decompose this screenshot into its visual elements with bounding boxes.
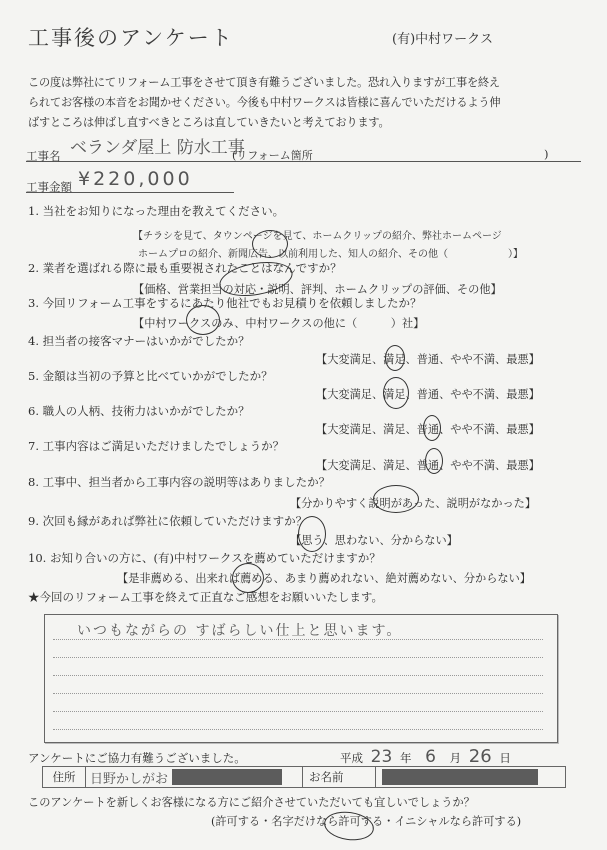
question-4-text: 担当者の接客マナーはいかがでしたか？ <box>43 334 250 348</box>
question-1-text: 当社をお知りになった理由を教えてください。 <box>43 204 285 218</box>
date-year-unit: 年 <box>400 751 412 765</box>
comment-line-1 <box>53 639 543 640</box>
date-day-unit: 日 <box>499 751 511 765</box>
question-4: 4. 担当者の接客マナーはいかがでしたか？ <box>28 333 250 349</box>
question-7-number: 7. <box>28 439 39 453</box>
comment-line-4 <box>53 693 543 694</box>
question-3: 3. 今回リフォーム工事をするにあたり他社でもお見積りを依頼しましたか？ <box>28 295 422 311</box>
question-10-options: 【是非薦める、出来れば薦める、あまり薦めれない、絶対薦めない、分からない】 <box>117 570 531 586</box>
comment-line-2 <box>53 657 543 658</box>
question-7: 7. 工事内容はご満足いただけましたでしょうか？ <box>28 438 284 454</box>
work-name-hint: (リフォーム箇所 <box>232 147 313 163</box>
question-9-answer-mark[interactable] <box>298 516 326 552</box>
question-10-text: お知り合いの方に、(有)中村ワークスを薦めていただけますか？ <box>50 551 381 565</box>
question-8: 8. 工事中、担当者から工事内容の説明等はありましたか？ <box>28 474 330 490</box>
question-8-number: 8. <box>28 475 39 489</box>
work-amount-label: 工事金額 <box>26 179 72 195</box>
question-7-text: 工事内容はご満足いただけましたでしょうか？ <box>43 439 285 453</box>
question-9: 9. 次回も縁があれば弊社に依頼していただけますか？ <box>28 513 307 529</box>
name-redaction <box>382 769 538 785</box>
question-3-answer-mark[interactable] <box>186 305 220 335</box>
comment-handwritten: いつもながらの すばらしい仕上と思います。 <box>77 620 402 640</box>
question-7-answer-mark[interactable] <box>425 448 443 474</box>
work-name-label: 工事名 <box>26 148 61 164</box>
question-5-options: 【大変満足、満足、普通、やや不満、最悪】 <box>316 386 540 402</box>
address-label: 住所 <box>43 767 86 787</box>
form-title: 工事後のアンケート <box>28 22 234 52</box>
date-month[interactable]: 6 <box>425 747 436 767</box>
question-2-text: 業者を選ばれる際に最も重要視されたことはなんですか？ <box>43 261 342 275</box>
question-2: 2. 業者を選ばれる際に最も重要視されたことはなんですか？ <box>28 260 342 276</box>
question-1-options-line-2: ホームプロの紹介、新聞広告、以前利用した、知人の紹介、その他（ ）】 <box>138 245 523 260</box>
date-era: 平成 <box>340 751 363 765</box>
name-field[interactable] <box>376 767 565 787</box>
question-4-options: 【大変満足、満足、普通、やや不満、最悪】 <box>316 351 540 367</box>
name-label: お名前 <box>303 767 376 787</box>
question-8-answer-mark[interactable] <box>373 485 419 513</box>
intro-line-1: この度は弊社にてリフォーム工事をさせて頂き有難うございました。恐れ入りますが工事… <box>28 74 500 90</box>
date-year[interactable]: 23 <box>371 747 393 767</box>
comment-box[interactable]: いつもながらの すばらしい仕上と思います。 <box>44 614 558 743</box>
question-6-number: 6. <box>28 404 39 418</box>
thanks-text: アンケートにご協力有難うございました。 <box>28 750 246 766</box>
address-field[interactable]: 日野かしがお <box>86 767 303 787</box>
question-9-text: 次回も縁があれば弊社に依頼していただけますか？ <box>43 514 308 528</box>
comment-prompt: ★今回のリフォーム工事を終えて正直なご感想をお願いいたします。 <box>28 589 383 605</box>
survey-form: 工事後のアンケート (有)中村ワークス この度は弊社にてリフォーム工事をさせて頂… <box>0 0 607 850</box>
date-field: 平成 23 年 6 月 26 日 <box>340 746 511 767</box>
intro-line-2: られてお客様の本音をお聞かせください。今後も中村ワークスは皆様に喜んでいただける… <box>28 94 500 110</box>
work-name-hint-close: ) <box>544 147 549 161</box>
company-name: (有)中村ワークス <box>392 28 493 47</box>
question-2-number: 2. <box>28 261 39 275</box>
date-month-unit: 月 <box>450 751 462 765</box>
question-4-number: 4. <box>28 334 39 348</box>
question-3-options: 【中村ワークスのみ、中村ワークスの他に（ ）社】 <box>133 315 424 331</box>
intro-line-3: ばすところは伸ばし直すべきところは直していきたいと考えております。 <box>28 114 389 130</box>
address-name-table: 住所 日野かしがお お名前 <box>42 766 566 788</box>
question-5-answer-mark[interactable] <box>383 377 409 409</box>
question-1-answer-mark[interactable] <box>252 230 288 258</box>
work-name-value[interactable]: ベランダ屋上 防水工事 <box>70 133 245 158</box>
work-amount-value[interactable]: ¥220,000 <box>78 168 193 190</box>
question-3-number: 3. <box>28 296 39 310</box>
question-8-text: 工事中、担当者から工事内容の説明等はありましたか？ <box>43 475 331 489</box>
question-10: 10. お知り合いの方に、(有)中村ワークスを薦めていただけますか？ <box>28 550 381 566</box>
address-redaction <box>172 769 282 785</box>
comment-line-3 <box>53 675 543 676</box>
question-1-options-line-1: 【チラシを見て、タウンページを見て、ホームクリップの紹介、弊社ホームページ <box>133 227 502 242</box>
question-6-text: 職人の人柄、技術力はいかがでしたか？ <box>43 404 250 418</box>
question-5-text: 金額は当初の予算と比べていかがでしたか？ <box>43 369 273 383</box>
question-4-answer-mark[interactable] <box>385 345 405 371</box>
question-5: 5. 金額は当初の予算と比べていかがでしたか？ <box>28 368 273 384</box>
question-1: 1. 当社をお知りになった理由を教えてください。 <box>28 203 284 219</box>
question-6: 6. 職人の人柄、技術力はいかがでしたか？ <box>28 403 250 419</box>
question-6-answer-mark[interactable] <box>423 415 441 441</box>
address-value: 日野かしがお <box>90 768 168 787</box>
permission-question: このアンケートを新しくお客様になる方にご紹介させていただいても宜しいでしょうか？ <box>28 794 475 810</box>
comment-line-5 <box>53 711 543 712</box>
date-day[interactable]: 26 <box>469 746 492 767</box>
comment-line-6 <box>53 729 543 730</box>
question-3-text: 今回リフォーム工事をするにあたり他社でもお見積りを依頼しましたか？ <box>43 296 422 310</box>
question-5-number: 5. <box>28 369 39 383</box>
question-9-number: 9. <box>28 514 39 528</box>
question-10-number: 10. <box>28 551 46 565</box>
question-1-number: 1. <box>28 204 39 218</box>
